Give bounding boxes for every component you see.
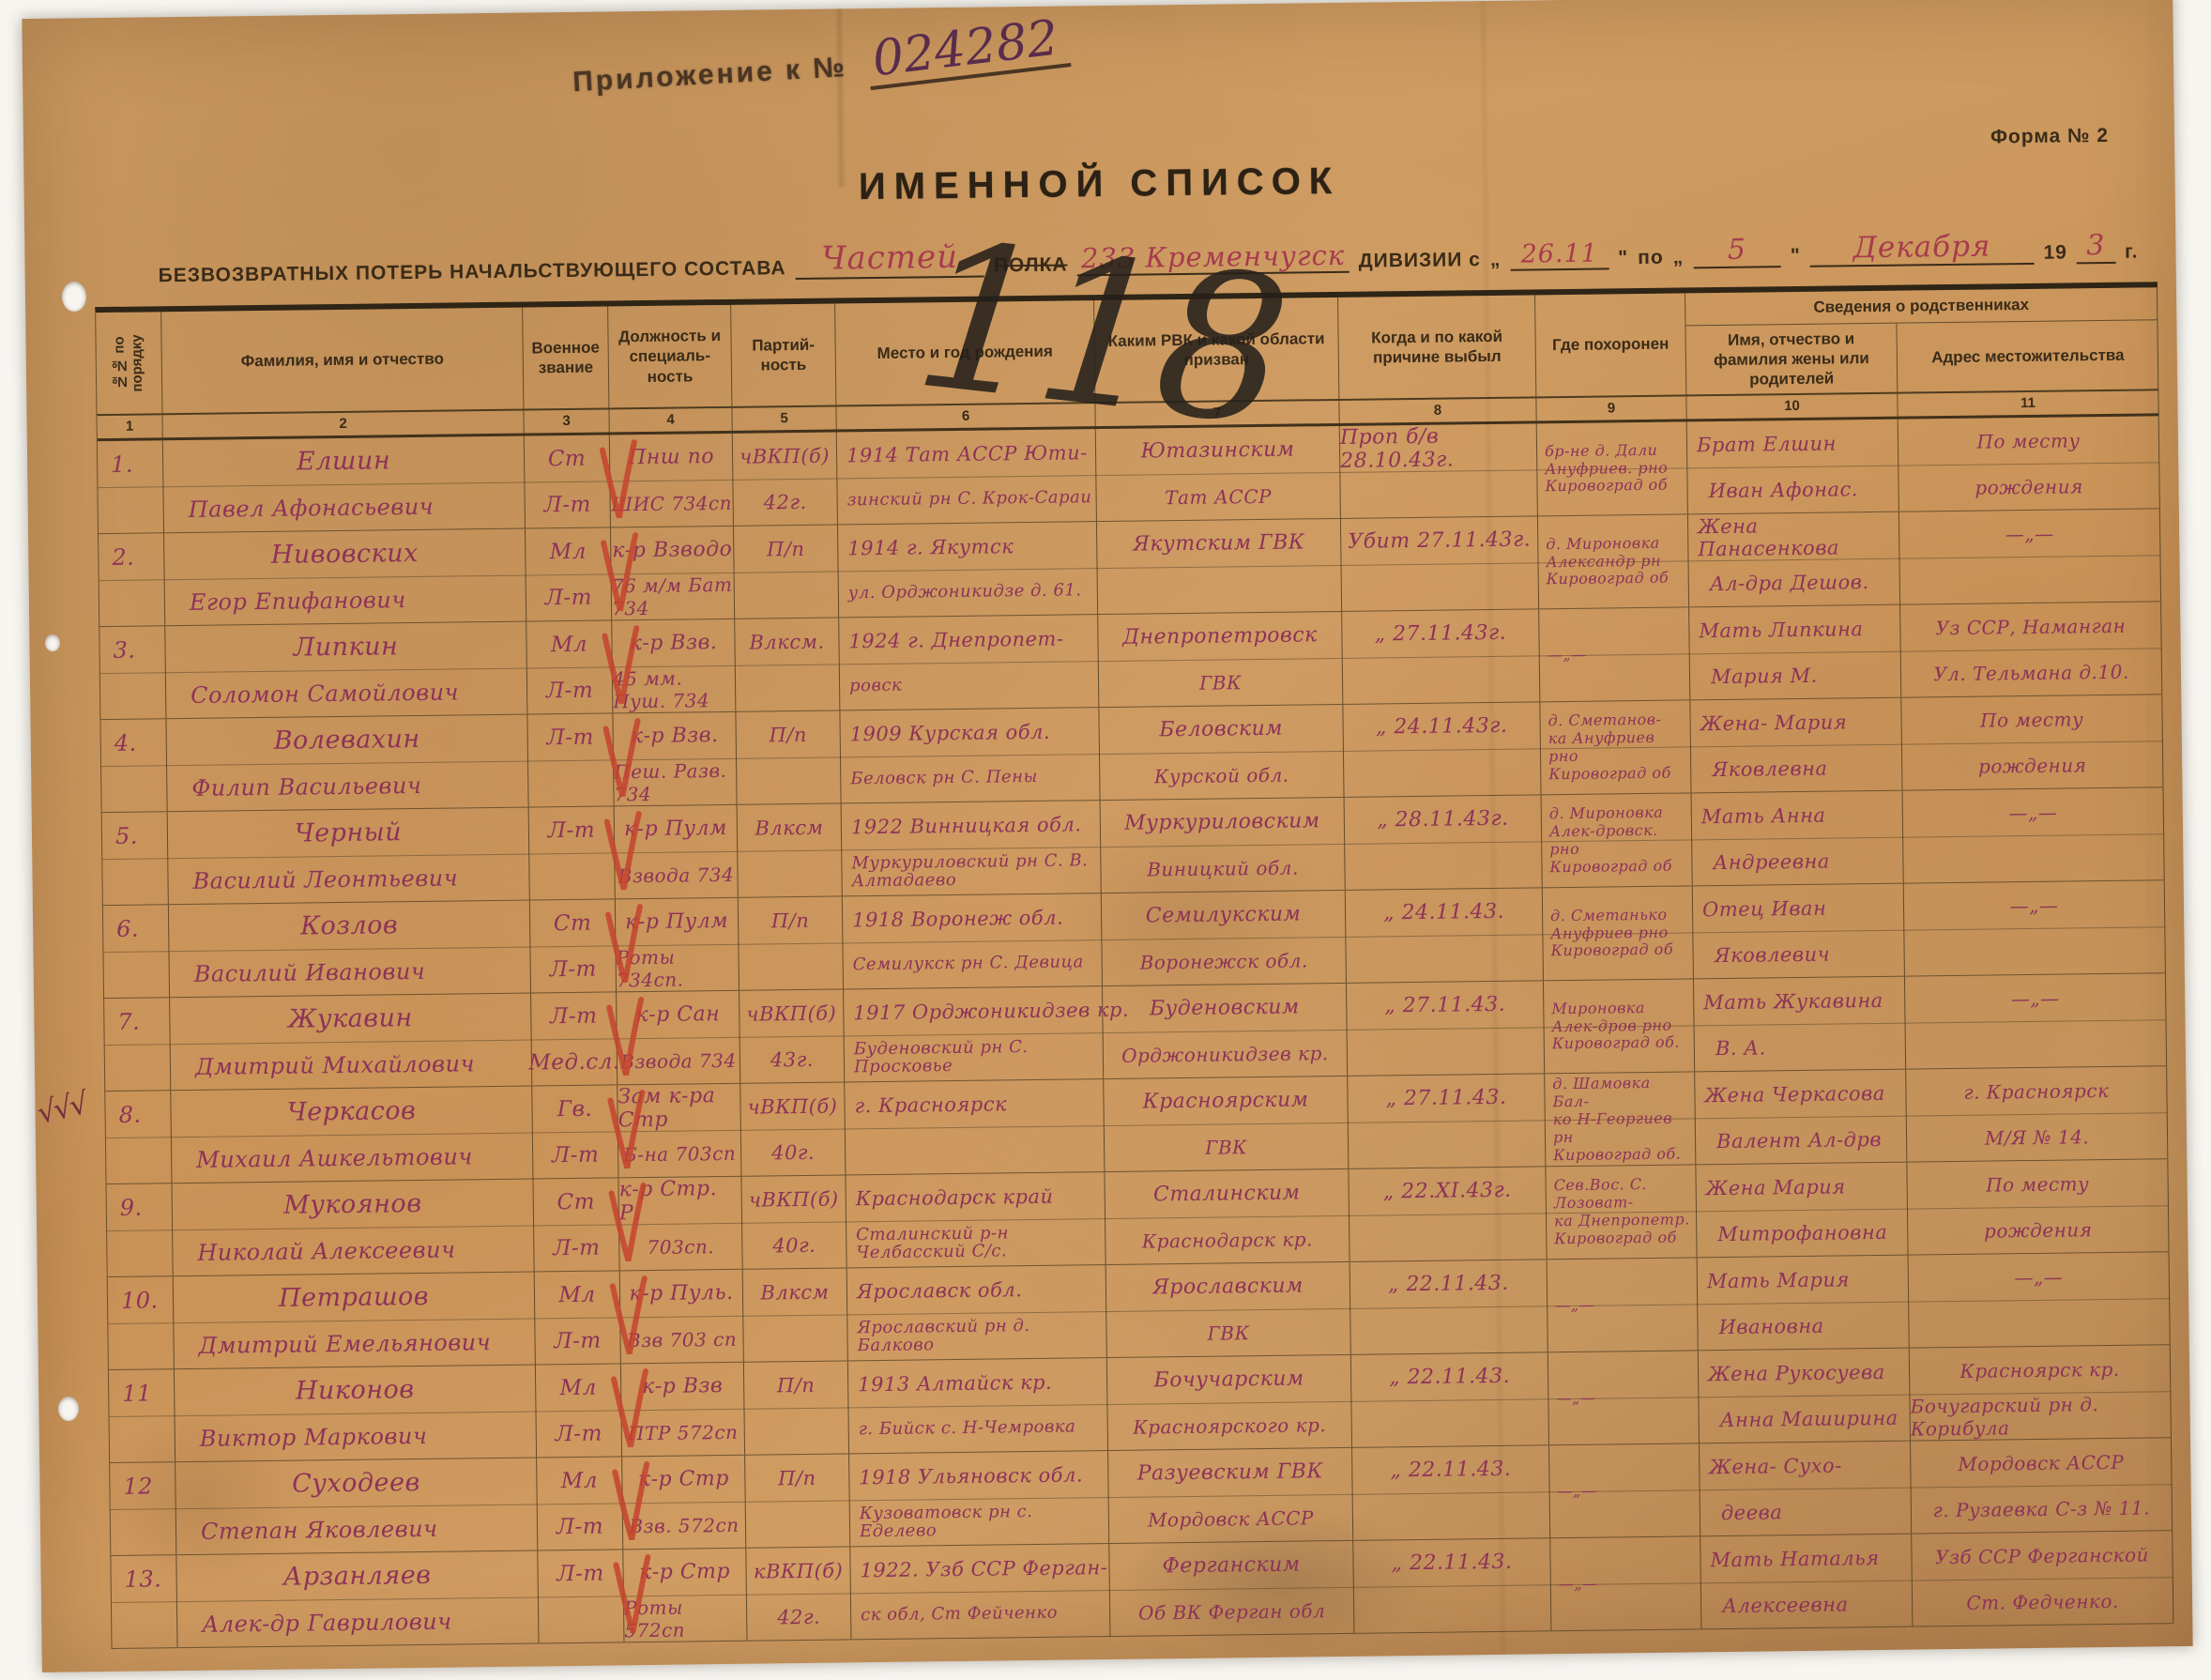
- cell-duty: к-р Пуль. Взв 703 сп: [620, 1270, 744, 1364]
- cell-name: Суходеев Степан Яковлевич: [175, 1458, 538, 1554]
- cell-party: П/п: [734, 525, 839, 618]
- cell-burial-place: Мироновка Алек-дров рно Кировоград об.: [1544, 979, 1695, 1073]
- col-header-party: Партий- ность: [731, 303, 836, 405]
- cell-rank: Мл Л-т: [526, 620, 613, 713]
- cell-relative-address: Мордовск АССР г. Рузаевка С-з № 11.: [1911, 1438, 2173, 1533]
- col-header-family: Имя, отчество и фамилия жены или родител…: [1685, 324, 1898, 395]
- cell-drafted-by: Ферганским Об ВК Ферган обл: [1109, 1541, 1354, 1636]
- cell-birthplace: 1917 Орджоникидзев кр. Буденовский рн С.…: [844, 986, 1104, 1081]
- cell-relative-name: Жена- Сухо- деева: [1700, 1442, 1912, 1536]
- cell-rank: Мл Л-т: [535, 1271, 621, 1364]
- cell-birthplace: Ярославск обл. Ярославский рн д. Балково: [847, 1265, 1107, 1360]
- cell-rank: Ст Л-т: [525, 435, 611, 527]
- cell-burial-place: д. Сметанько Ануфриев рно Кировоград об: [1543, 886, 1694, 980]
- quote-mark: ": [1791, 245, 1801, 267]
- cell-party: П/п: [744, 1361, 849, 1454]
- quote-mark: ": [1618, 247, 1628, 269]
- cell-when-lost: „ 22.XI.43г.: [1349, 1167, 1547, 1261]
- cell-when-lost: „ 24.11.43.: [1346, 888, 1544, 983]
- col-header-rank: Военное звание: [523, 306, 609, 408]
- cell-number: 12: [110, 1462, 176, 1555]
- date-to-day-blank: 5: [1693, 233, 1781, 268]
- subtitle-printed-year-prefix: 19: [2043, 241, 2067, 264]
- col-header-when: Когда и по какой причине выбыл: [1338, 295, 1536, 399]
- cell-birthplace: 1924 г. Днепропет- ровск: [839, 615, 1099, 710]
- cell-relative-name: Жена Черкасова Валент Ал-дрв: [1695, 1070, 1907, 1165]
- casualty-table: №№ по порядку Фамилия, имя и отчество Во…: [95, 282, 2173, 1649]
- cell-relative-address: Уз ССР, Наманган Ул. Тельмана д.10.: [1900, 602, 2162, 696]
- cell-rank: Л-т: [527, 713, 614, 806]
- cell-burial-place: д. Мироновка Алек-дровск. рно Кировоград…: [1542, 793, 1693, 887]
- cell-duty: к-р Стр. Р. 703сп.: [618, 1177, 742, 1271]
- cell-number: 11: [109, 1369, 175, 1462]
- cell-burial-place: —„—: [1539, 607, 1690, 701]
- cell-name: Черный Василий Леонтьевич: [168, 808, 530, 905]
- cell-when-lost: „ 27.11.43.: [1348, 1074, 1546, 1168]
- cell-party: кВКП(б) 42г.: [746, 1547, 851, 1640]
- cell-name: Петрашов Дмитрий Емельянович: [174, 1272, 536, 1368]
- table-body: 1. Елшин Павел Афонасьевич Ст Л-т Пнш по…: [98, 416, 2174, 1649]
- cell-drafted-by: Разуевским ГВК Мордовск АССР: [1108, 1448, 1353, 1543]
- col-header-relatives-group: Сведения о родственниках Имя, отчество и…: [1685, 287, 2158, 394]
- cell-party: Влксм: [743, 1268, 848, 1361]
- cell-when-lost: „ 24.11.43г.: [1343, 702, 1541, 797]
- cell-drafted-by: Бочучарским Красноярского кр.: [1107, 1355, 1352, 1450]
- cell-number: 9.: [107, 1184, 174, 1276]
- cell-relative-name: Мать Наталья Алексеевна: [1700, 1535, 1913, 1629]
- cell-name: Арзанляев Алек-др Гаврилович: [176, 1550, 539, 1647]
- cell-name: Никонов Виктор Маркович: [175, 1365, 537, 1461]
- cell-rank: Л-т: [529, 806, 616, 899]
- cell-name: Волевахин Филип Васильевич: [166, 715, 528, 812]
- col-header-number: №№ по порядку: [96, 312, 162, 414]
- cell-relative-address: По месту рождения: [1907, 1159, 2169, 1254]
- cell-relative-address: —„—: [1903, 787, 2165, 882]
- cell-party: чВКП(б) 40г.: [741, 1175, 846, 1268]
- cell-number: 10.: [108, 1276, 175, 1369]
- quote-mark: „: [1490, 249, 1502, 271]
- cell-relative-name: Мать Анна Андреевна: [1692, 791, 1904, 886]
- cell-when-lost: „ 27.11.43г.: [1342, 609, 1540, 704]
- cell-duty: к-р Стр Взв. 572сп: [622, 1456, 746, 1550]
- cell-duty: к-р Пулм Взвода 734: [615, 805, 739, 899]
- year-handwritten: 3: [2086, 229, 2106, 262]
- cell-relative-name: Мать Мария Ивановна: [1698, 1256, 1910, 1351]
- cell-birthplace: 1922. Узб ССР Ферган- ск обл, Ст Фейченк…: [850, 1544, 1110, 1639]
- cell-name: Черкасов Михаил Ашкельтович: [171, 1087, 533, 1184]
- punch-hole: [62, 282, 86, 312]
- stamp-label: Приложение к №: [572, 52, 847, 99]
- cell-relative-address: —„—: [1904, 880, 2166, 975]
- date-to-month-blank: Декабря: [1809, 229, 2034, 267]
- punch-hole: [45, 634, 60, 651]
- cell-duty: к-р Взв. Пеш. Разв. 734: [613, 712, 737, 806]
- cell-name: Жукавин Дмитрий Михайлович: [170, 994, 532, 1091]
- quote-mark: „: [1673, 246, 1685, 268]
- cell-duty: Пнш по ШИС 734сп: [610, 434, 734, 527]
- cell-birthplace: 1909 Курская обл. Беловск рн С. Пены: [840, 708, 1100, 802]
- cell-number: 3.: [99, 626, 166, 719]
- cell-drafted-by: Красноярским ГВК: [1104, 1077, 1349, 1172]
- date-from-blank: 26.11: [1510, 238, 1609, 270]
- cell-birthplace: 1918 Воронеж обл. Семилукск рн С. Девица: [843, 893, 1103, 988]
- cell-birthplace: 1918 Ульяновск обл. Кузоватовск рн с. Ед…: [849, 1451, 1109, 1546]
- subtitle-printed-year-suffix: г.: [2125, 241, 2139, 264]
- cell-relative-address: г. Красноярск М/Я № 14.: [1906, 1066, 2168, 1162]
- col-header-duty: Должность и специаль- ность: [608, 305, 732, 408]
- form-number-label: Форма № 2: [1990, 125, 2109, 149]
- cell-number: 1.: [98, 440, 164, 533]
- cell-relative-address: —„—: [1909, 1252, 2171, 1347]
- cell-name: Мукоянов Николай Алексеевич: [172, 1179, 534, 1275]
- punch-hole: [58, 1397, 79, 1421]
- cell-burial-place: —„—: [1548, 1351, 1700, 1444]
- cell-relative-address: —„—: [1899, 509, 2161, 603]
- cell-party: чВКП(б) 43г.: [740, 989, 845, 1082]
- cell-drafted-by: Сталинским Краснодарск кр.: [1105, 1169, 1349, 1264]
- cell-drafted-by: Семилукским Воронежск обл.: [1102, 891, 1347, 985]
- cell-duty: Зам к-ра Стр Б-на 703сп: [618, 1084, 741, 1178]
- cell-relative-name: Отец Иван Яковлевич: [1693, 884, 1905, 979]
- date-to-month-handwritten: Декабря: [1853, 229, 1990, 265]
- cell-drafted-by: Буденовским Орджоникидзев кр.: [1103, 984, 1348, 1078]
- cell-when-lost: „ 22.11.43.: [1350, 1260, 1548, 1354]
- cell-name: Липкин Соломон Самойлович: [165, 622, 527, 719]
- subtitle-printed-po: по: [1638, 247, 1664, 269]
- cell-duty: к-р Взв ПТР 572сп: [621, 1363, 745, 1457]
- cell-birthplace: г. Красноярск: [845, 1079, 1105, 1175]
- stamp-number: 024282: [864, 12, 1071, 90]
- cell-relative-name: Жена- Мария Яковлевна: [1690, 698, 1902, 793]
- col-header-address: Адрес местожительства: [1897, 320, 2158, 391]
- cell-number: 13.: [111, 1555, 177, 1648]
- cell-name: Нивовских Егор Епифанович: [164, 529, 526, 626]
- subtitle-printed-start: БЕЗВОЗВРАТНЫХ ПОТЕРЬ НАЧАЛЬСТВУЮЩЕГО СОС…: [159, 257, 786, 287]
- scanned-paper-sheet: Приложение к № 024282 Форма № 2 ИМЕННОЙ …: [22, 0, 2192, 1672]
- date-from-handwritten: 26.11: [1520, 239, 1598, 269]
- cell-relative-name: Жена Мария Митрофановна: [1696, 1163, 1908, 1258]
- date-to-day-handwritten: 5: [1728, 234, 1747, 267]
- cell-relative-address: Красноярск кр. Бочугарский рн д. Корибул…: [1910, 1345, 2172, 1440]
- cell-drafted-by: Ярославским ГВК: [1106, 1262, 1351, 1357]
- cell-relative-name: Жена Рукосуева Анна Маширина: [1699, 1349, 1911, 1443]
- margin-check-marks: √√√: [34, 1085, 89, 1131]
- cell-birthplace: Краснодарск край Сталинский р-н Челбасск…: [846, 1172, 1105, 1267]
- cell-relative-name: Жена Панасенкова Ал-дра Дешов.: [1688, 512, 1900, 607]
- cell-duty: к-р Пулм Роты 734сп.: [616, 898, 740, 992]
- cell-burial-place: Сев.Вос. С. Лозоват- ка Днепропетр. Киро…: [1546, 1165, 1697, 1259]
- cell-drafted-by: Днепропетровск ГВК: [1098, 612, 1343, 707]
- cell-rank: Ст Л-т: [530, 899, 617, 992]
- cell-relative-name: Брат Елшин Иван Афонас.: [1687, 420, 1899, 514]
- cell-relative-address: —„—: [1905, 973, 2167, 1068]
- cell-drafted-by: Якутским ГВК: [1097, 519, 1342, 614]
- cell-when-lost: „ 27.11.43.: [1347, 981, 1545, 1076]
- cell-party: чВКП(б) 42г.: [733, 432, 838, 525]
- cell-name: Елшин Павел Афонасьевич: [163, 436, 526, 533]
- cell-party: П/п: [745, 1454, 850, 1547]
- cell-duty: к-р Взв. 45 мм. Пуш. 734: [612, 619, 736, 713]
- cell-party: чВКП(б) 40г.: [740, 1082, 846, 1176]
- cell-burial-place: бр-не д. Дали Ануфриев. рно Кировоград о…: [1537, 421, 1688, 515]
- cell-party: Влксм.: [735, 618, 840, 710]
- cell-when-lost: „ 28.11.43г.: [1345, 795, 1543, 890]
- cell-birthplace: 1914 г. Якутск ул. Орджоникидзе д. 61.: [838, 522, 1098, 617]
- col-header-name: Фамилия, имя и отчество: [161, 308, 524, 414]
- subtitle-printed-division: ДИВИЗИИ с: [1359, 249, 1481, 273]
- cell-number: 6.: [103, 905, 170, 998]
- cell-rank: Гв. Л-т: [532, 1085, 618, 1178]
- cell-relative-name: Мать Жукавина В. А.: [1694, 977, 1906, 1072]
- cell-name: Козлов Василий Иванович: [169, 901, 531, 998]
- cell-drafted-by: Муркуриловским Виницкий обл.: [1101, 798, 1346, 893]
- cell-when-lost: Убит 27.11.43г.: [1341, 516, 1539, 611]
- cell-rank: Мл Л-т: [537, 1457, 623, 1550]
- cell-birthplace: 1922 Винницкая обл. Муркуриловский рн С.…: [842, 801, 1102, 895]
- fold-crease: [834, 8, 846, 187]
- cell-when-lost: „ 22.11.43.: [1352, 1445, 1550, 1540]
- handwritten-sheet-number: 118: [907, 214, 1290, 454]
- year-blank: 3: [2077, 229, 2116, 265]
- cell-duty: к-р Взводо 76 м/м Бат 734: [611, 527, 735, 620]
- cell-drafted-by: Беловским Курской обл.: [1099, 705, 1344, 800]
- cell-relative-name: Мать Липкина Мария М.: [1689, 605, 1901, 700]
- cell-number: 2.: [99, 533, 165, 626]
- cell-rank: Мл Л-т: [536, 1364, 622, 1457]
- cell-burial-place: д. Шамовка Бал- ко Н-Георгиев рн Кировог…: [1545, 1072, 1696, 1166]
- cell-duty: к-р Стр Роты 572сп: [623, 1549, 747, 1642]
- cell-rank: Ст Л-т: [533, 1178, 619, 1271]
- cell-duty: к-р Сан Взвода 734: [617, 991, 740, 1085]
- cell-party: Влксм: [738, 803, 843, 896]
- cell-when-lost: „ 22.11.43.: [1351, 1352, 1549, 1447]
- cell-number: 4.: [100, 719, 167, 812]
- cell-relative-address: По месту рождения: [1901, 695, 2163, 789]
- cell-party: П/п: [736, 710, 841, 803]
- cell-party: П/п: [739, 896, 844, 989]
- col-header-buried: Где похоронен: [1535, 293, 1686, 396]
- cell-number: 5.: [102, 812, 169, 905]
- cell-when-lost: Проп б/в 28.10.43г.: [1340, 423, 1538, 518]
- cell-rank: Мл Л-т: [526, 527, 612, 620]
- cell-burial-place: д. Мироновка Александр рн Кировоград об: [1538, 514, 1689, 608]
- cell-when-lost: „ 22.11.43.: [1353, 1538, 1551, 1633]
- cell-burial-place: —„—: [1548, 1258, 1699, 1352]
- cell-burial-place: —„—: [1549, 1443, 1700, 1537]
- cell-birthplace: 1913 Алтайск кр. г. Бийск с. Н-Чемровка: [848, 1358, 1108, 1453]
- cell-relative-address: Узб ССР Ферганской Ст. Федченко.: [1912, 1531, 2173, 1626]
- cell-rank: Л-т: [538, 1550, 624, 1642]
- cell-burial-place: д. Сметанов- ка Ануфриев рно Кировоград …: [1540, 700, 1691, 794]
- cell-number: 7.: [104, 998, 171, 1091]
- cell-rank: Л-т Мед.сл.: [531, 992, 618, 1085]
- cell-number: 8.: [105, 1091, 172, 1184]
- cell-relative-address: По месту рождения: [1898, 416, 2160, 511]
- page-title: ИМЕННОЙ СПИСОК: [23, 150, 2174, 219]
- cell-burial-place: —„—: [1550, 1536, 1701, 1630]
